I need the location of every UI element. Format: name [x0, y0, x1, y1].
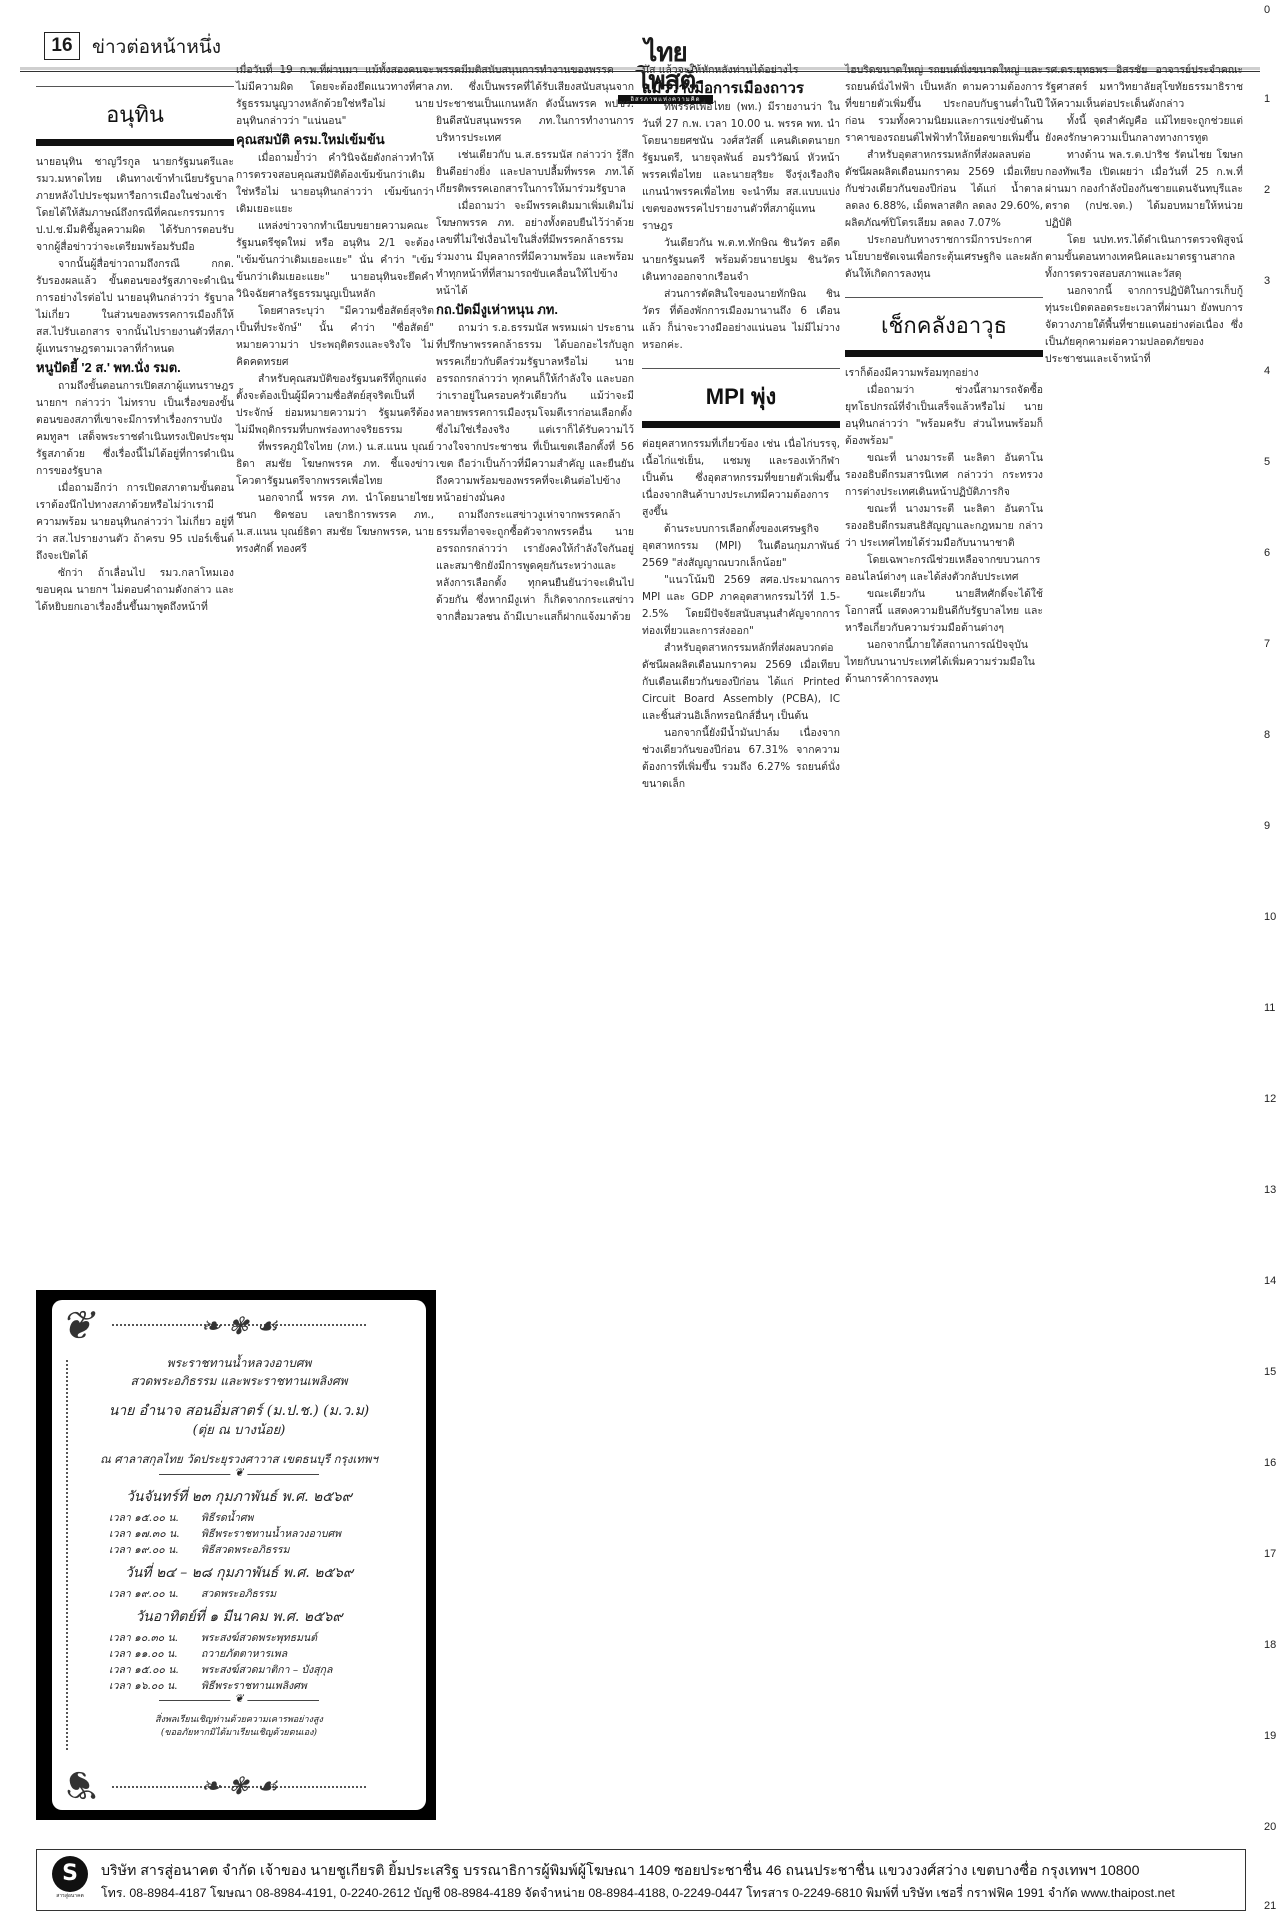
- schedule-day-3-title: วันอาทิตย์ที่ ๑ มีนาคม พ.ศ. ๒๕๖๙: [74, 1606, 404, 1628]
- schedule-time: เวลา ๑๙.๐๐ น.: [109, 1542, 201, 1558]
- page-number: 16: [44, 32, 80, 60]
- floral-bottom-ornament-icon: ❧ ✾ ☙: [52, 1772, 426, 1800]
- divider-ornament-icon: ❦: [230, 1466, 247, 1479]
- article-paragraph: ประกอบกับทางราชการมีการประกาศนโยบายชัดเจ…: [845, 232, 1043, 283]
- ruler-number: 2: [1264, 184, 1270, 196]
- schedule-day-2: เวลา ๑๙.๐๐ น.สวดพระอภิธรรม: [109, 1586, 369, 1602]
- dotted-border-left: [66, 1360, 68, 1750]
- article-paragraph: ส่วนการตัดสินใจของนายทักษิณ ชินวัตร ที่ต…: [642, 286, 840, 354]
- schedule-row: เวลา ๑๗.๓๐ น.พิธีพระราชทานน้ำหลวงอาบศพ: [109, 1526, 369, 1542]
- column-2: เมื่อวันที่ 19 ก.พ.ที่ผ่านมา แม้ทั้งสองค…: [236, 62, 434, 558]
- schedule-event: พิธีรดน้ำศพ: [201, 1510, 253, 1526]
- article-paragraph: แหล่งข่าวจากทำเนียบขยายความคณะรัฐมนตรีชุ…: [236, 218, 434, 303]
- schedule-row: เวลา ๑๐.๓๐ น.พระสงฆ์สวดพระพุทธมนต์: [109, 1630, 369, 1646]
- article-paragraph: ขณะที่ นางมาระตี นะลิตา อันตาโน รองอธิบด…: [845, 450, 1043, 501]
- deceased-nickname: (ตุ่ย ณ บางน้อย): [74, 1422, 404, 1440]
- ruler-number: 13: [1264, 1184, 1276, 1196]
- article-paragraph: พรรคมีมติสนับสนุนการทำงานของพรรค ภท. ซึ่…: [436, 62, 634, 147]
- ruler-number: 18: [1264, 1639, 1276, 1651]
- column-5: ไฮบริดขนาดใหญ่ รถยนต์นั่งขนาดใหญ่ และรถย…: [845, 62, 1043, 688]
- article-paragraph: ขณะเดียวกัน นายสีหศักดิ์จะได้ใช้โอกาสนี้…: [845, 586, 1043, 637]
- article-paragraph: ทั้งนี้ จุดสำคัญคือ แม้ไทยจะถูกช่วยแต่ยั…: [1045, 113, 1243, 147]
- article-paragraph: นายอนุทิน ชาญวีรกูล นายกรัฐมนตรีและ รมว.…: [36, 154, 234, 256]
- article-paragraph: โดย นปท.ทร.ได้ดำเนินการตรวจพิสูจน์ตามขั้…: [1045, 232, 1243, 283]
- subheading: แม้ววางมือการเมืองถาวร: [642, 80, 840, 98]
- article-paragraph: ด้านระบบการเลือกตั้งของเศรษฐกิจอุตสาหกรร…: [642, 521, 840, 572]
- invitation-note: สิ่งพลเรียนเชิญท่านด้วยความเคารพอย่างสูง: [74, 1714, 404, 1727]
- section-title: ข่าวต่อหน้าหนึ่ง: [92, 32, 221, 62]
- ornamental-divider: ❦: [159, 1700, 319, 1706]
- column-title-mpi: MPI พุ่ง: [642, 379, 840, 415]
- ruler-number: 0: [1264, 4, 1270, 16]
- article-paragraph: เราก็ต้องมีความพร้อมทุกอย่าง: [845, 365, 1043, 382]
- ruler-number: 1: [1264, 93, 1270, 105]
- column-title-anutin: อนุทิน: [36, 97, 234, 133]
- ceremony-title-2: สวดพระอภิธรรม และพระราชทานเพลิงศพ: [74, 1372, 404, 1390]
- article-paragraph: วันเดียวกัน พ.ต.ท.ทักษิณ ชินวัตร อดีตนาย…: [642, 235, 840, 286]
- article-paragraph: ถามถึงขั้นตอนการเปิดสภาผู้แทนราษฎร นายกฯ…: [36, 378, 234, 480]
- article-paragraph: เช่นเดียวกับ น.ส.ธรรมนัส กล่าวว่า รู้สึก…: [436, 147, 634, 198]
- title-bar: [642, 421, 840, 428]
- publisher-logo: S สารสู่อนาคต: [49, 1856, 91, 1900]
- imprint-contacts: โทร. 08-8984-4187 โฆษณา 08-8984-4191, 0-…: [101, 1884, 1175, 1903]
- article-paragraph: ทางด้าน พล.ร.ต.ปาริช รัตนไชย โฆษกกองทัพเ…: [1045, 147, 1243, 232]
- article-paragraph: "แนวโน้มปี 2569 สศอ.ประมาณการ MPI และ GD…: [642, 572, 840, 640]
- column-4: นัส แล้วจะให้หักหลังท่านได้อย่างไร แม้วว…: [642, 62, 840, 793]
- column-title-weapons: เช็กคลังอาวุธ: [845, 308, 1043, 344]
- imprint-address: บริษัท สารสู่อนาคต จำกัด เจ้าของ นายชูเก…: [101, 1860, 1139, 1882]
- article-paragraph: นัส แล้วจะให้หักหลังท่านได้อย่างไร: [642, 62, 840, 79]
- subheading: คุณสมบัติ ครม.ใหม่เข้มข้น: [236, 131, 434, 149]
- divider-ornament-icon: ❦: [230, 1692, 247, 1705]
- schedule-event: สวดพระอภิธรรม: [201, 1586, 276, 1602]
- article-paragraph: ไฮบริดขนาดใหญ่ รถยนต์นั่งขนาดใหญ่ และรถย…: [845, 62, 1043, 147]
- schedule-event: พระสงฆ์สวดมาติกา – บังสุกุล: [201, 1662, 332, 1678]
- article-paragraph: นอกจากนี้ พรรค ภท. นำโดยนายไชยชนก ชิดชอบ…: [236, 490, 434, 558]
- schedule-time: เวลา ๑๙.๐๐ น.: [109, 1586, 201, 1602]
- ruler-number: 14: [1264, 1275, 1276, 1287]
- column-box-header: เช็กคลังอาวุธ: [845, 297, 1043, 357]
- title-bar: [36, 139, 234, 146]
- article-paragraph: ที่พรรคภูมิใจไทย (ภท.) น.ส.แนน บุณย์ธิดา…: [236, 439, 434, 490]
- ruler-number: 11: [1264, 1002, 1275, 1014]
- schedule-event: ถวายภัตตาหารเพล: [201, 1646, 287, 1662]
- article-paragraph: เมื่อถามว่า จะมีพรรคเดิมมาเพิ่มเติมไม่ โ…: [436, 198, 634, 300]
- column-3: พรรคมีมติสนับสนุนการทำงานของพรรค ภท. ซึ่…: [436, 62, 634, 626]
- schedule-time: เวลา ๑๖.๐๐ น.: [109, 1678, 201, 1694]
- article-paragraph: เมื่อถามว่า ช่วงนี้สามารถจัดซื้อยุทโธปกร…: [845, 382, 1043, 450]
- article-paragraph: โดยศาลระบุว่า "มีความซื่อสัตย์สุจริตเป็น…: [236, 303, 434, 371]
- column-1: อนุทิน นายอนุทิน ชาญวีรกูล นายกรัฐมนตรีแ…: [36, 86, 234, 616]
- ceremony-title-1: พระราชทานน้ำหลวงอาบศพ: [74, 1354, 404, 1372]
- ruler-number: 9: [1264, 820, 1270, 832]
- column-box-header: อนุทิน: [36, 86, 234, 146]
- article-paragraph: นอกจากนี้ จากการปฏิบัติในการเก็บกู้ทุ่นร…: [1045, 283, 1243, 368]
- schedule-event: พิธีสวดพระอภิธรรม: [201, 1542, 290, 1558]
- deceased-name: นาย อำนาจ สอนอิ่มสาตร์ (ม.ป.ช.) (ม.ว.ม): [74, 1400, 404, 1422]
- ruler-number: 20: [1264, 1821, 1276, 1833]
- article-paragraph: นอกจากนี้ภายใต้สถานการณ์ปัจจุบัน ไทยกับน…: [845, 637, 1043, 688]
- schedule-row: เวลา ๑๙.๐๐ น.สวดพระอภิธรรม: [109, 1586, 369, 1602]
- schedule-event: พิธีพระราชทานเพลิงศพ: [201, 1678, 307, 1694]
- schedule-time: เวลา ๑๗.๓๐ น.: [109, 1526, 201, 1542]
- schedule-time: เวลา ๑๐.๓๐ น.: [109, 1630, 201, 1646]
- article-paragraph: โดยเฉพาะกรณีช่วยเหลือจากขบวนการออนไลน์ต่…: [845, 552, 1043, 586]
- article-paragraph: เมื่อถามอีกว่า การเปิดสภาตามขั้นตอนเราต้…: [36, 480, 234, 565]
- ruler-number: 8: [1264, 729, 1270, 741]
- schedule-day-1: เวลา ๑๕.๐๐ น.พิธีรดน้ำศพ เวลา ๑๗.๓๐ น.พิ…: [109, 1510, 369, 1558]
- article-paragraph: เมื่อถามย้ำว่า คำวินิจฉัยดังกล่าวทำให้กา…: [236, 150, 434, 218]
- article-paragraph: สำหรับคุณสมบัติของรัฐมนตรีที่ถูกแต่งตั้ง…: [236, 371, 434, 439]
- schedule-day-3: เวลา ๑๐.๓๐ น.พระสงฆ์สวดพระพุทธมนต์ เวลา …: [109, 1630, 369, 1694]
- schedule-time: เวลา ๑๑.๐๐ น.: [109, 1646, 201, 1662]
- ruler-number: 19: [1264, 1730, 1276, 1742]
- article-paragraph: สำหรับอุตสาหกรรมหลักที่ส่งผลบวกต่อดัชนีผ…: [642, 640, 840, 725]
- apology-note: (ขออภัยหากมิได้มาเรียนเชิญด้วยตนเอง): [74, 1727, 404, 1740]
- article-paragraph: สำหรับอุตสาหกรรมหลักที่ส่งผลลบต่อดัชนีผล…: [845, 147, 1043, 232]
- subheading: หนูปัดยี้ '2 ส.' พท.นั่ง รมต.: [36, 359, 234, 377]
- column-box-header: MPI พุ่ง: [642, 368, 840, 428]
- schedule-day-2-title: วันที่ ๒๔ – ๒๘ กุมภาพันธ์ พ.ศ. ๒๕๖๙: [74, 1562, 404, 1584]
- schedule-row: เวลา ๑๙.๐๐ น.พิธีสวดพระอภิธรรม: [109, 1542, 369, 1558]
- article-paragraph: เมื่อวันที่ 19 ก.พ.ที่ผ่านมา แม้ทั้งสองค…: [236, 62, 434, 130]
- page-header: 16 ข่าวต่อหน้าหนึ่ง ไทยโพสต์ อิสรภาพแห่ง…: [20, 20, 1260, 60]
- publisher-logo-icon: S: [52, 1856, 88, 1892]
- article-paragraph: ขณะที่ นางมาระตี นะลิตา อันตาโน รองอธิบด…: [845, 501, 1043, 552]
- funeral-card: ❦ ❦ ❧ ✾ ☙ ❧ ✾ ☙ พระราชทานน้ำหลวงอาบศพ สว…: [52, 1300, 426, 1810]
- column-6: รศ.ดร.ยุทธพร อิสรชัย อาจารย์ประจำคณะรัฐศ…: [1045, 62, 1243, 368]
- ruler-number: 17: [1264, 1548, 1276, 1560]
- floral-top-ornament-icon: ❧ ✾ ☙: [52, 1312, 426, 1340]
- schedule-row: เวลา ๑๕.๐๐ น.พิธีรดน้ำศพ: [109, 1510, 369, 1526]
- publisher-imprint: S สารสู่อนาคต บริษัท สารสู่อนาคต จำกัด เ…: [36, 1849, 1246, 1911]
- ruler-number: 10: [1264, 911, 1276, 923]
- title-bar: [845, 350, 1043, 357]
- schedule-event: พิธีพระราชทานน้ำหลวงอาบศพ: [201, 1526, 341, 1542]
- schedule-row: เวลา ๑๕.๐๐ น.พระสงฆ์สวดมาติกา – บังสุกุล: [109, 1662, 369, 1678]
- article-paragraph: จากนั้นผู้สื่อข่าวถามถึงกรณี กกต. รับรอง…: [36, 256, 234, 358]
- article-paragraph: ถามว่า ร.อ.ธรรมนัส พรหมเผ่า ประธานที่ปรึ…: [436, 320, 634, 507]
- ruler-number: 21: [1264, 1900, 1276, 1912]
- article-paragraph: ถามถึงกระแสข่าวงูเห่าจากพรรคกล้าธรรมที่อ…: [436, 507, 634, 626]
- funeral-announcement-ad: ❦ ❦ ❧ ✾ ☙ ❧ ✾ ☙ พระราชทานน้ำหลวงอาบศพ สว…: [36, 1290, 436, 1820]
- subheading: กถ.ปัดมีงูเห่าหนุน ภท.: [436, 301, 634, 319]
- schedule-event: พระสงฆ์สวดพระพุทธมนต์: [201, 1630, 317, 1646]
- schedule-time: เวลา ๑๕.๐๐ น.: [109, 1662, 201, 1678]
- ruler-number: 15: [1264, 1366, 1276, 1378]
- ruler-number: 6: [1264, 547, 1270, 559]
- article-paragraph: ต่อยุคสาหกรรมที่เกี่ยวข้อง เช่น เนื่อไก่…: [642, 436, 840, 521]
- ruler-number: 5: [1264, 456, 1270, 468]
- ruler-number: 12: [1264, 1093, 1276, 1105]
- article-paragraph: ซักว่า ถ้าเลื่อนไป รมว.กลาโหมเองขอบคุณ น…: [36, 565, 234, 616]
- article-paragraph: รศ.ดร.ยุทธพร อิสรชัย อาจารย์ประจำคณะรัฐศ…: [1045, 62, 1243, 113]
- ornamental-divider: ❦: [159, 1474, 319, 1480]
- ruler-number: 3: [1264, 275, 1270, 287]
- schedule-row: เวลา ๑๑.๐๐ น.ถวายภัตตาหารเพล: [109, 1646, 369, 1662]
- schedule-time: เวลา ๑๕.๐๐ น.: [109, 1510, 201, 1526]
- article-paragraph: นอกจากนี้ยังมีน้ำมันปาล์ม เนื่องจากช่วงเ…: [642, 725, 840, 793]
- ruler-number: 16: [1264, 1457, 1276, 1469]
- ruler-number: 7: [1264, 638, 1270, 650]
- ruler-number: 4: [1264, 365, 1270, 377]
- publisher-logo-caption: สารสู่อนาคต: [49, 1892, 91, 1900]
- article-paragraph: ที่พรรคเพื่อไทย (พท.) มีรายงานว่า ในวันท…: [642, 99, 840, 235]
- schedule-day-1-title: วันจันทร์ที่ ๒๓ กุมภาพันธ์ พ.ศ. ๒๕๖๙: [74, 1486, 404, 1508]
